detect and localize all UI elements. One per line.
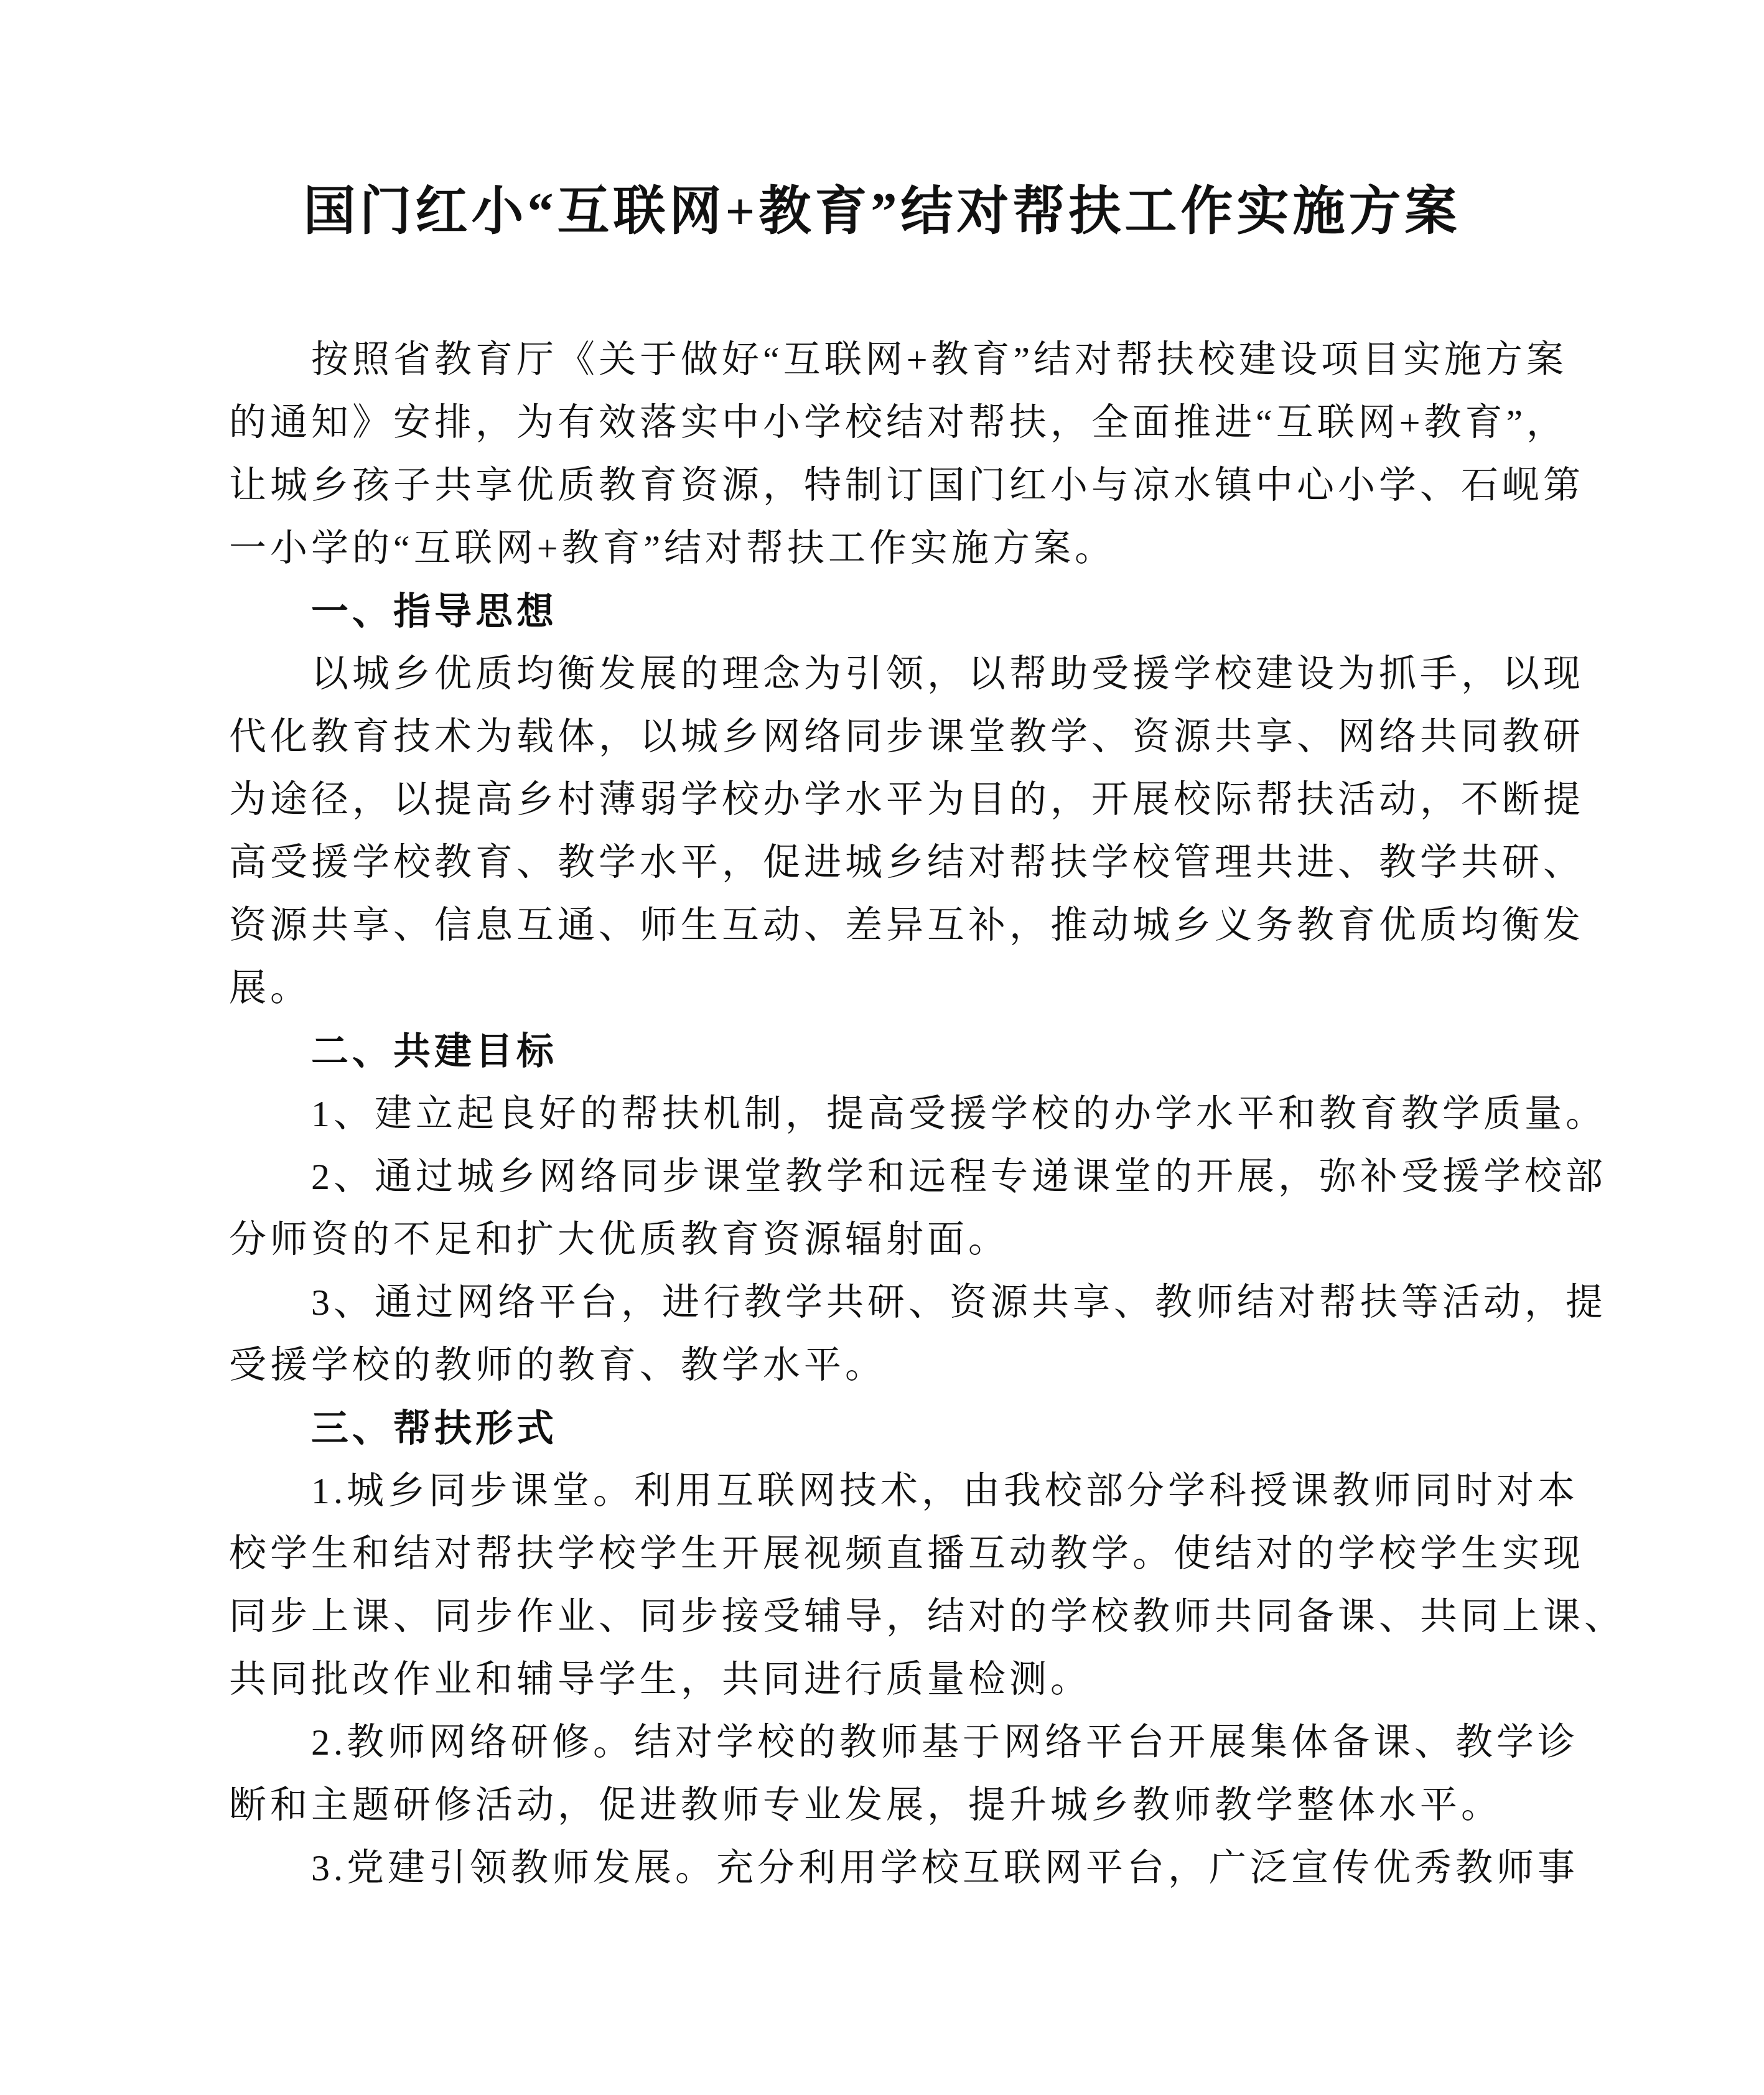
- text-line: 展。: [229, 957, 1598, 1020]
- text-line: 受援学校的教师的教育、教学水平。: [229, 1334, 1598, 1397]
- text-line: 高受援学校教育、教学水平，促进城乡结对帮扶学校管理共进、教学共研、: [229, 831, 1598, 894]
- text-line: 的通知》安排，为有效落实中小学校结对帮扶，全面推进“互联网+教育”，: [229, 391, 1598, 454]
- text-line: 以城乡优质均衡发展的理念为引领，以帮助受援学校建设为抓手，以现: [229, 643, 1598, 706]
- text-line: 1.城乡同步课堂。利用互联网技术，由我校部分学科授课教师同时对本: [229, 1460, 1598, 1523]
- section-heading: 一、指导思想: [229, 580, 1598, 643]
- text-line: 同步上课、同步作业、同步接受辅导，结对的学校教师共同备课、共同上课、: [229, 1585, 1598, 1648]
- text-line: 3.党建引领教师发展。充分利用学校互联网平台，广泛宣传优秀教师事: [229, 1837, 1598, 1900]
- text-line: 资源共享、信息互通、师生互动、差异互补，推动城乡义务教育优质均衡发: [229, 894, 1598, 957]
- text-line: 3、通过网络平台，进行教学共研、资源共享、教师结对帮扶等活动，提: [229, 1271, 1598, 1334]
- document-body: 按照省教育厅《关于做好“互联网+教育”结对帮扶校建设项目实施方案的通知》安排，为…: [229, 329, 1598, 1900]
- document-title: 国门红小“互联网+教育”结对帮扶工作实施方案: [0, 169, 1764, 245]
- section-heading: 二、共建目标: [229, 1020, 1598, 1083]
- document-page: 国门红小“互联网+教育”结对帮扶工作实施方案 按照省教育厅《关于做好“互联网+教…: [0, 0, 1764, 2095]
- text-line: 一小学的“互联网+教育”结对帮扶工作实施方案。: [229, 517, 1598, 580]
- text-line: 断和主题研修活动，促进教师专业发展，提升城乡教师教学整体水平。: [229, 1774, 1598, 1837]
- text-line: 为途径，以提高乡村薄弱学校办学水平为目的，开展校际帮扶活动，不断提: [229, 768, 1598, 831]
- text-line: 按照省教育厅《关于做好“互联网+教育”结对帮扶校建设项目实施方案: [229, 329, 1598, 391]
- text-line: 让城乡孩子共享优质教育资源，特制订国门红小与凉水镇中心小学、石岘第: [229, 454, 1598, 517]
- text-line: 校学生和结对帮扶学校学生开展视频直播互动教学。使结对的学校学生实现: [229, 1523, 1598, 1585]
- text-line: 2、通过城乡网络同步课堂教学和远程专递课堂的开展，弥补受援学校部: [229, 1145, 1598, 1208]
- text-line: 共同批改作业和辅导学生，共同进行质量检测。: [229, 1648, 1598, 1711]
- section-heading: 三、帮扶形式: [229, 1397, 1598, 1460]
- text-line: 分师资的不足和扩大优质教育资源辐射面。: [229, 1208, 1598, 1271]
- text-line: 代化教育技术为载体，以城乡网络同步课堂教学、资源共享、网络共同教研: [229, 706, 1598, 768]
- text-line: 1、建立起良好的帮扶机制，提高受援学校的办学水平和教育教学质量。: [229, 1083, 1598, 1145]
- text-line: 2.教师网络研修。结对学校的教师基于网络平台开展集体备课、教学诊: [229, 1711, 1598, 1774]
